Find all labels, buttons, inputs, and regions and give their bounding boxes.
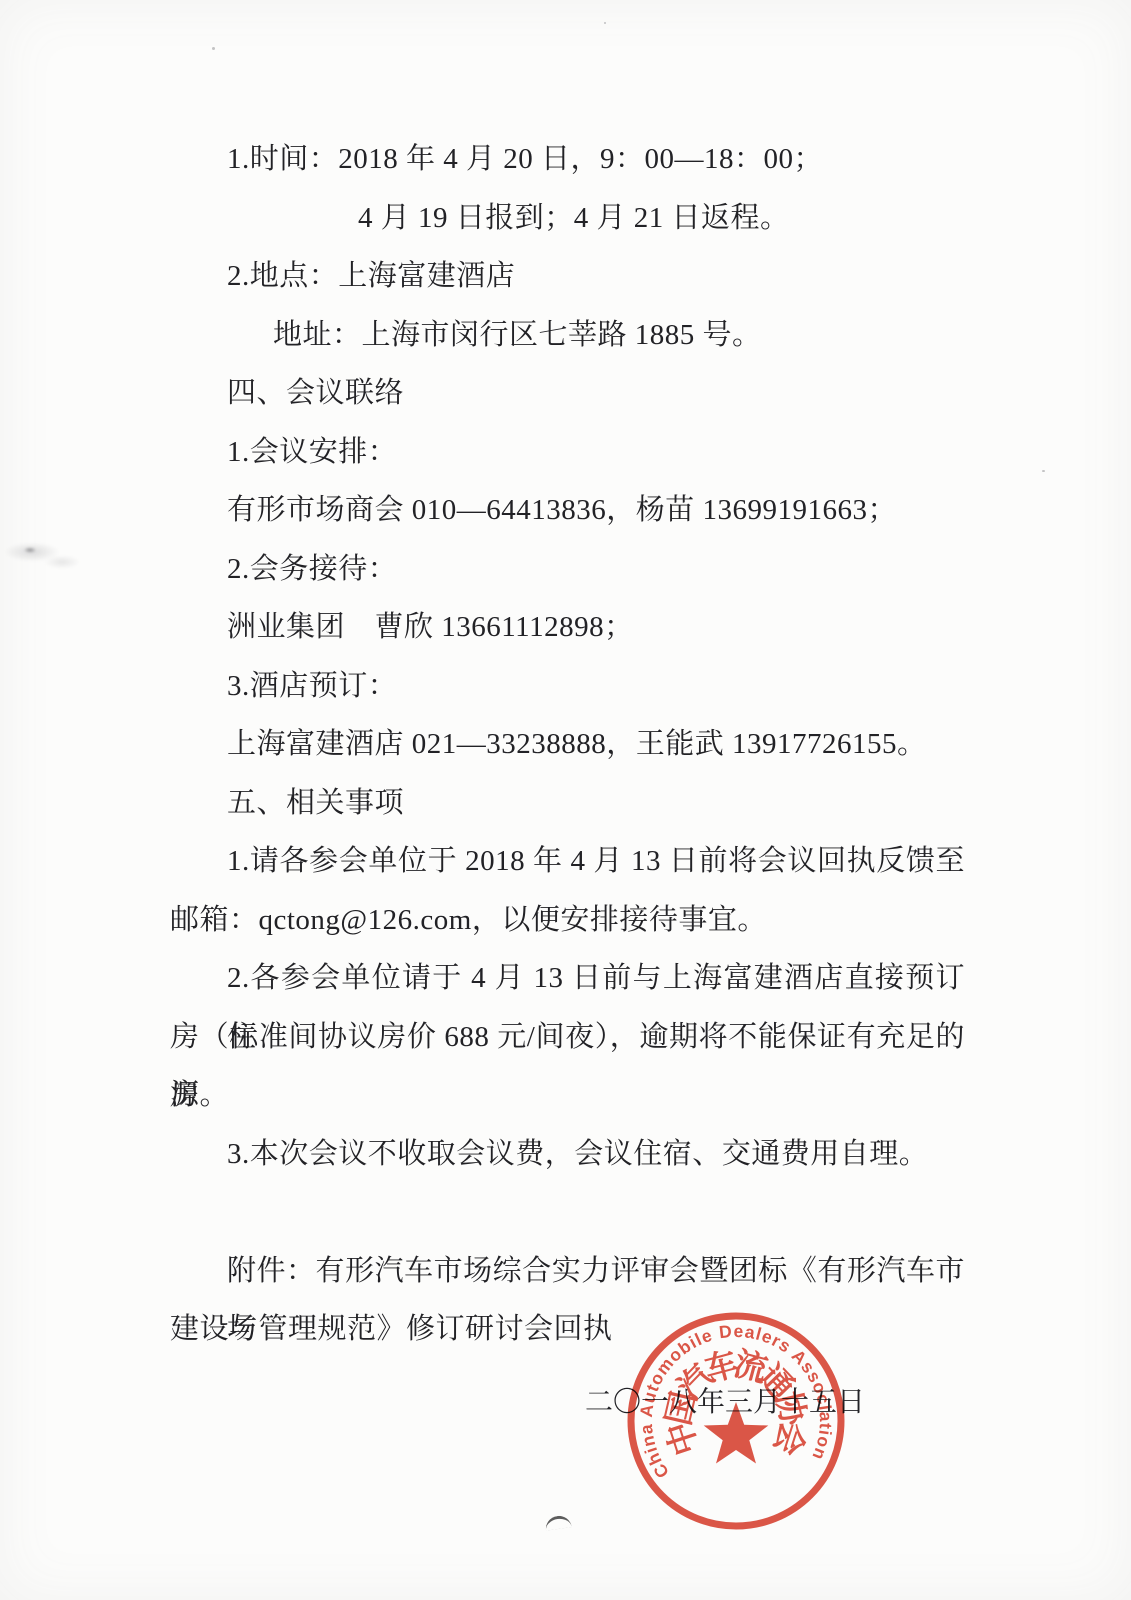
doc-line-reception: 2.会务接待： [170,540,965,599]
doc-line-arrangement: 1.会议安排： [170,423,965,482]
doc-line-address: 地址：上海市闵行区七莘路 1885 号。 [170,306,965,365]
doc-heading-contact: 四、会议联络 [170,364,965,423]
doc-blank-line [170,1183,965,1242]
scan-speck [1042,470,1045,472]
document-body: 1.时间：2018 年 4 月 20 日，9：00—18：00； 4 月 19 … [170,130,965,1359]
doc-note-3: 3.本次会议不收取会议费，会议住宿、交通费用自理。 [170,1125,965,1184]
doc-line-hotel: 3.酒店预订： [170,657,965,716]
doc-line-reception-tel: 洲业集团 曹欣 13661112898； [170,598,965,657]
doc-note-2: 2.各参会单位请于 4 月 13 日前与上海富建酒店直接预订住 [170,949,965,1008]
scan-speck [212,47,215,50]
doc-note-2-end: 源。 [170,1066,965,1125]
doc-heading-notes: 五、相关事项 [170,774,965,833]
doc-line-hotel-tel: 上海富建酒店 021—33238888，王能武 13917726155。 [170,715,965,774]
doc-line-time-cont: 4 月 19 日报到；4 月 21 日返程。 [170,189,965,248]
document-date: 二〇一八年三月十五日 [585,1374,865,1433]
doc-attachment-cont: 建设与管理规范》修订研讨会回执 [170,1300,965,1359]
doc-note-2-cont: 房（标准间协议房价 688 元/间夜），逾期将不能保证有充足的房 [170,1008,965,1067]
scan-speck [604,22,606,24]
doc-line-arrangement-tel: 有形市场商会 010—64413836，杨苗 13699191663； [170,481,965,540]
doc-line-place: 2.地点：上海富建酒店 [170,247,965,306]
doc-attachment: 附件：有形汽车市场综合实力评审会暨团标《有形汽车市场 [170,1242,965,1301]
scanned-document-page: 1.时间：2018 年 4 月 20 日，9：00—18：00； 4 月 19 … [0,0,1131,1600]
doc-note-1-cont: 邮箱：qctong@126.com，以便安排接待事宜。 [170,891,965,950]
doc-note-1: 1.请各参会单位于 2018 年 4 月 13 日前将会议回执反馈至 [170,832,965,891]
scan-smudge [0,500,102,580]
doc-line-time: 1.时间：2018 年 4 月 20 日，9：00—18：00； [170,130,965,189]
scan-mark [544,1514,572,1530]
